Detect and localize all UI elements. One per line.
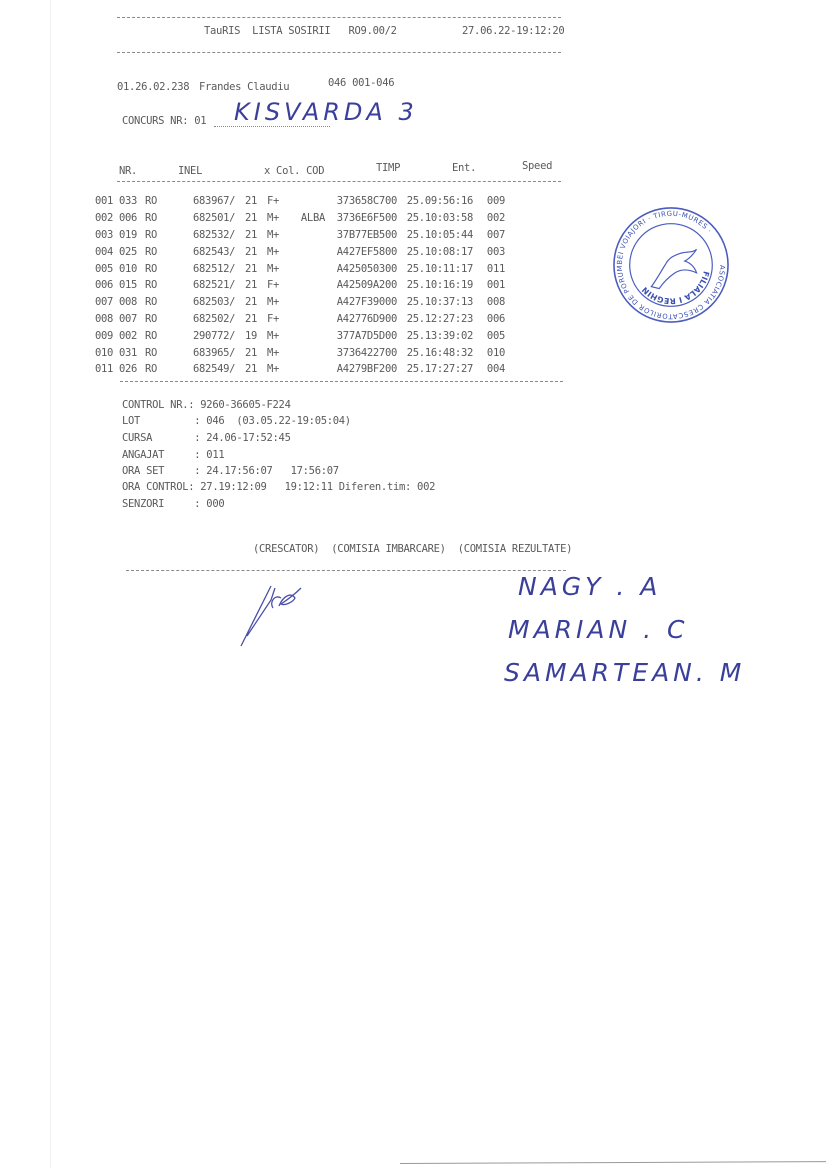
cell-time: 25.10:37:13 [397,294,473,311]
commission-member-1: NAGY . A [518,572,661,601]
cell-col [285,361,325,378]
table-row: 007008RO682503/21M+A427F3900025.10:37:13… [95,294,505,311]
cell-year: 21 [245,243,267,260]
scan-left-edge [50,0,51,1168]
cell-sex: M+ [267,260,285,277]
cell-ring: 682512/ [193,260,245,277]
pigeon-icon [651,249,696,288]
cell-country: RO [145,344,193,361]
cell-code: A427F39000 [325,294,397,311]
table-row: 011026RO682549/21M+A4279BF20025.17:27:27… [95,361,505,378]
cell-ring: 682502/ [193,311,245,328]
cell-code: A42509A200 [325,277,397,294]
table-row: 010031RO683965/21M+373642270025.16:48:32… [95,344,505,361]
report-title: TauRIS LISTA SOSIRII RO9.00/2 [204,25,397,37]
cell-time: 25.09:56:16 [397,193,473,210]
contest-location: KISVARDA 3 [234,98,418,126]
cell-ring: 682503/ [193,294,245,311]
control-senzori: SENZORI : 000 [122,498,224,510]
cell-ring: 683967/ [193,193,245,210]
cell-sex: M+ [267,361,285,378]
cell-year: 21 [245,344,267,361]
cell-country: RO [145,361,193,378]
table-row: 008007RO682502/21F+A42776D90025.12:27:23… [95,311,505,328]
cell-col [285,227,325,244]
cell-ent: 008 [473,294,505,311]
fancier-id: 01.26.02.238 [117,81,189,93]
commission-member-3: SAMARTEAN. M [504,658,745,687]
cell-ent: 010 [473,344,505,361]
cell-ent: 009 [473,193,505,210]
cell-code: 3736E6F500 [325,210,397,227]
cell-time: 25.17:27:27 [397,361,473,378]
cell-ent: 005 [473,327,505,344]
commission-member-2: MARIAN . C [508,615,689,644]
table-row: 003019RO682532/21M+37B77EB50025.10:05:44… [95,227,505,244]
cell-ring: 683965/ [193,344,245,361]
cell-code: 377A7D5D00 [325,327,397,344]
cell-col [285,193,325,210]
cell-pos: 025 [119,243,145,260]
scan-bottom-edge [400,1161,826,1164]
cell-time: 25.10:08:17 [397,243,473,260]
cell-pos: 008 [119,294,145,311]
cell-pos: 019 [119,227,145,244]
contest-label: CONCURS NR: 01 [122,115,206,127]
cell-ent: 006 [473,311,505,328]
table-row: 004025RO682543/21M+A427EF580025.10:08:17… [95,243,505,260]
cell-ent: 004 [473,361,505,378]
table-row: 009002RO290772/19M+377A7D5D0025.13:39:02… [95,327,505,344]
cell-time: 25.13:39:02 [397,327,473,344]
control-lot: LOT : 046 (03.05.22-19:05:04) [122,415,351,427]
cell-pos: 002 [119,327,145,344]
cell-col: ALBA [285,210,325,227]
cell-sex: F+ [267,193,285,210]
header-top-rule [117,17,561,18]
cell-col [285,311,325,328]
cell-col [285,344,325,361]
cell-code: A425050300 [325,260,397,277]
cell-pos: 026 [119,361,145,378]
cell-year: 21 [245,227,267,244]
table-row: 001033RO683967/21F+373658C70025.09:56:16… [95,193,505,210]
cell-nr: 010 [95,344,119,361]
cell-nr: 002 [95,210,119,227]
cell-year: 21 [245,361,267,378]
cell-country: RO [145,227,193,244]
control-nr: CONTROL NR.: 9260-36605-F224 [122,399,291,411]
lot-range: 046 001-046 [328,77,394,89]
report-datetime: 27.06.22-19:12:20 [462,25,564,37]
table-row: 002006RO682501/21M+ALBA3736E6F50025.10:0… [95,210,505,227]
cell-country: RO [145,193,193,210]
cell-time: 25.10:11:17 [397,260,473,277]
cell-ring: 682549/ [193,361,245,378]
signature-labels: (CRESCATOR) (COMISIA IMBARCARE) (COMISIA… [253,543,572,555]
cell-code: 3736422700 [325,344,397,361]
cell-ring: 682521/ [193,277,245,294]
cell-year: 21 [245,294,267,311]
cell-ent: 011 [473,260,505,277]
cell-col [285,277,325,294]
cell-code: A42776D900 [325,311,397,328]
cell-nr: 004 [95,243,119,260]
col-header-timp: TIMP [376,162,400,174]
cell-year: 21 [245,277,267,294]
table-row: 006015RO682521/21F+A42509A20025.10:16:19… [95,277,505,294]
col-header-col-cod: x Col. COD [264,165,324,177]
cell-sex: M+ [267,243,285,260]
cell-year: 21 [245,193,267,210]
cell-ent: 003 [473,243,505,260]
signature-rule [126,570,566,571]
cell-country: RO [145,327,193,344]
cell-col [285,294,325,311]
cell-country: RO [145,311,193,328]
crescator-signature [235,580,315,650]
cell-nr: 006 [95,277,119,294]
cell-pos: 031 [119,344,145,361]
cell-sex: M+ [267,327,285,344]
cell-pos: 007 [119,311,145,328]
control-ora-set: ORA SET : 24.17:56:07 17:56:07 [122,465,339,477]
cell-sex: F+ [267,311,285,328]
table-bottom-rule [120,381,563,382]
contest-location-underline [214,126,330,127]
cell-nr: 001 [95,193,119,210]
cell-time: 25.12:27:23 [397,311,473,328]
cell-year: 21 [245,210,267,227]
table-header-rule [117,181,561,182]
cell-sex: F+ [267,277,285,294]
control-ora-control: ORA CONTROL: 27.19:12:09 19:12:11 Difere… [122,481,435,493]
cell-pos: 015 [119,277,145,294]
cell-code: 373658C700 [325,193,397,210]
arrivals-table: 001033RO683967/21F+373658C70025.09:56:16… [95,193,505,378]
cell-ring: 682501/ [193,210,245,227]
cell-col [285,327,325,344]
cell-country: RO [145,277,193,294]
control-angajat: ANGAJAT : 011 [122,449,224,461]
cell-ent: 002 [473,210,505,227]
cell-col [285,260,325,277]
col-header-speed: Speed [522,160,552,172]
cell-year: 21 [245,311,267,328]
cell-time: 25.16:48:32 [397,344,473,361]
cell-country: RO [145,210,193,227]
cell-col [285,243,325,260]
cell-pos: 006 [119,210,145,227]
cell-time: 25.10:16:19 [397,277,473,294]
cell-nr: 003 [95,227,119,244]
cell-pos: 010 [119,260,145,277]
cell-time: 25.10:05:44 [397,227,473,244]
cell-ring: 682543/ [193,243,245,260]
cell-country: RO [145,243,193,260]
cell-sex: M+ [267,210,285,227]
header-bottom-rule [117,52,561,53]
cell-code: A4279BF200 [325,361,397,378]
col-header-ent: Ent. [452,162,476,174]
cell-sex: M+ [267,227,285,244]
cell-sex: M+ [267,294,285,311]
cell-nr: 008 [95,311,119,328]
cell-ring: 682532/ [193,227,245,244]
association-stamp: ASOCIATIA CRESCATORILOR DE PORUMBEI VOIA… [612,206,730,324]
fancier-name: Frandes Claudiu [199,81,289,93]
cell-nr: 007 [95,294,119,311]
cell-sex: M+ [267,344,285,361]
cell-pos: 033 [119,193,145,210]
cell-ring: 290772/ [193,327,245,344]
cell-code: A427EF5800 [325,243,397,260]
col-header-inel: INEL [178,165,202,177]
control-cursa: CURSA : 24.06-17:52:45 [122,432,291,444]
cell-ent: 007 [473,227,505,244]
cell-country: RO [145,294,193,311]
col-header-nr: NR. [119,165,137,177]
cell-ent: 001 [473,277,505,294]
table-row: 005010RO682512/21M+A42505030025.10:11:17… [95,260,505,277]
cell-nr: 009 [95,327,119,344]
cell-year: 21 [245,260,267,277]
cell-time: 25.10:03:58 [397,210,473,227]
cell-year: 19 [245,327,267,344]
cell-nr: 011 [95,361,119,378]
cell-country: RO [145,260,193,277]
cell-code: 37B77EB500 [325,227,397,244]
cell-nr: 005 [95,260,119,277]
